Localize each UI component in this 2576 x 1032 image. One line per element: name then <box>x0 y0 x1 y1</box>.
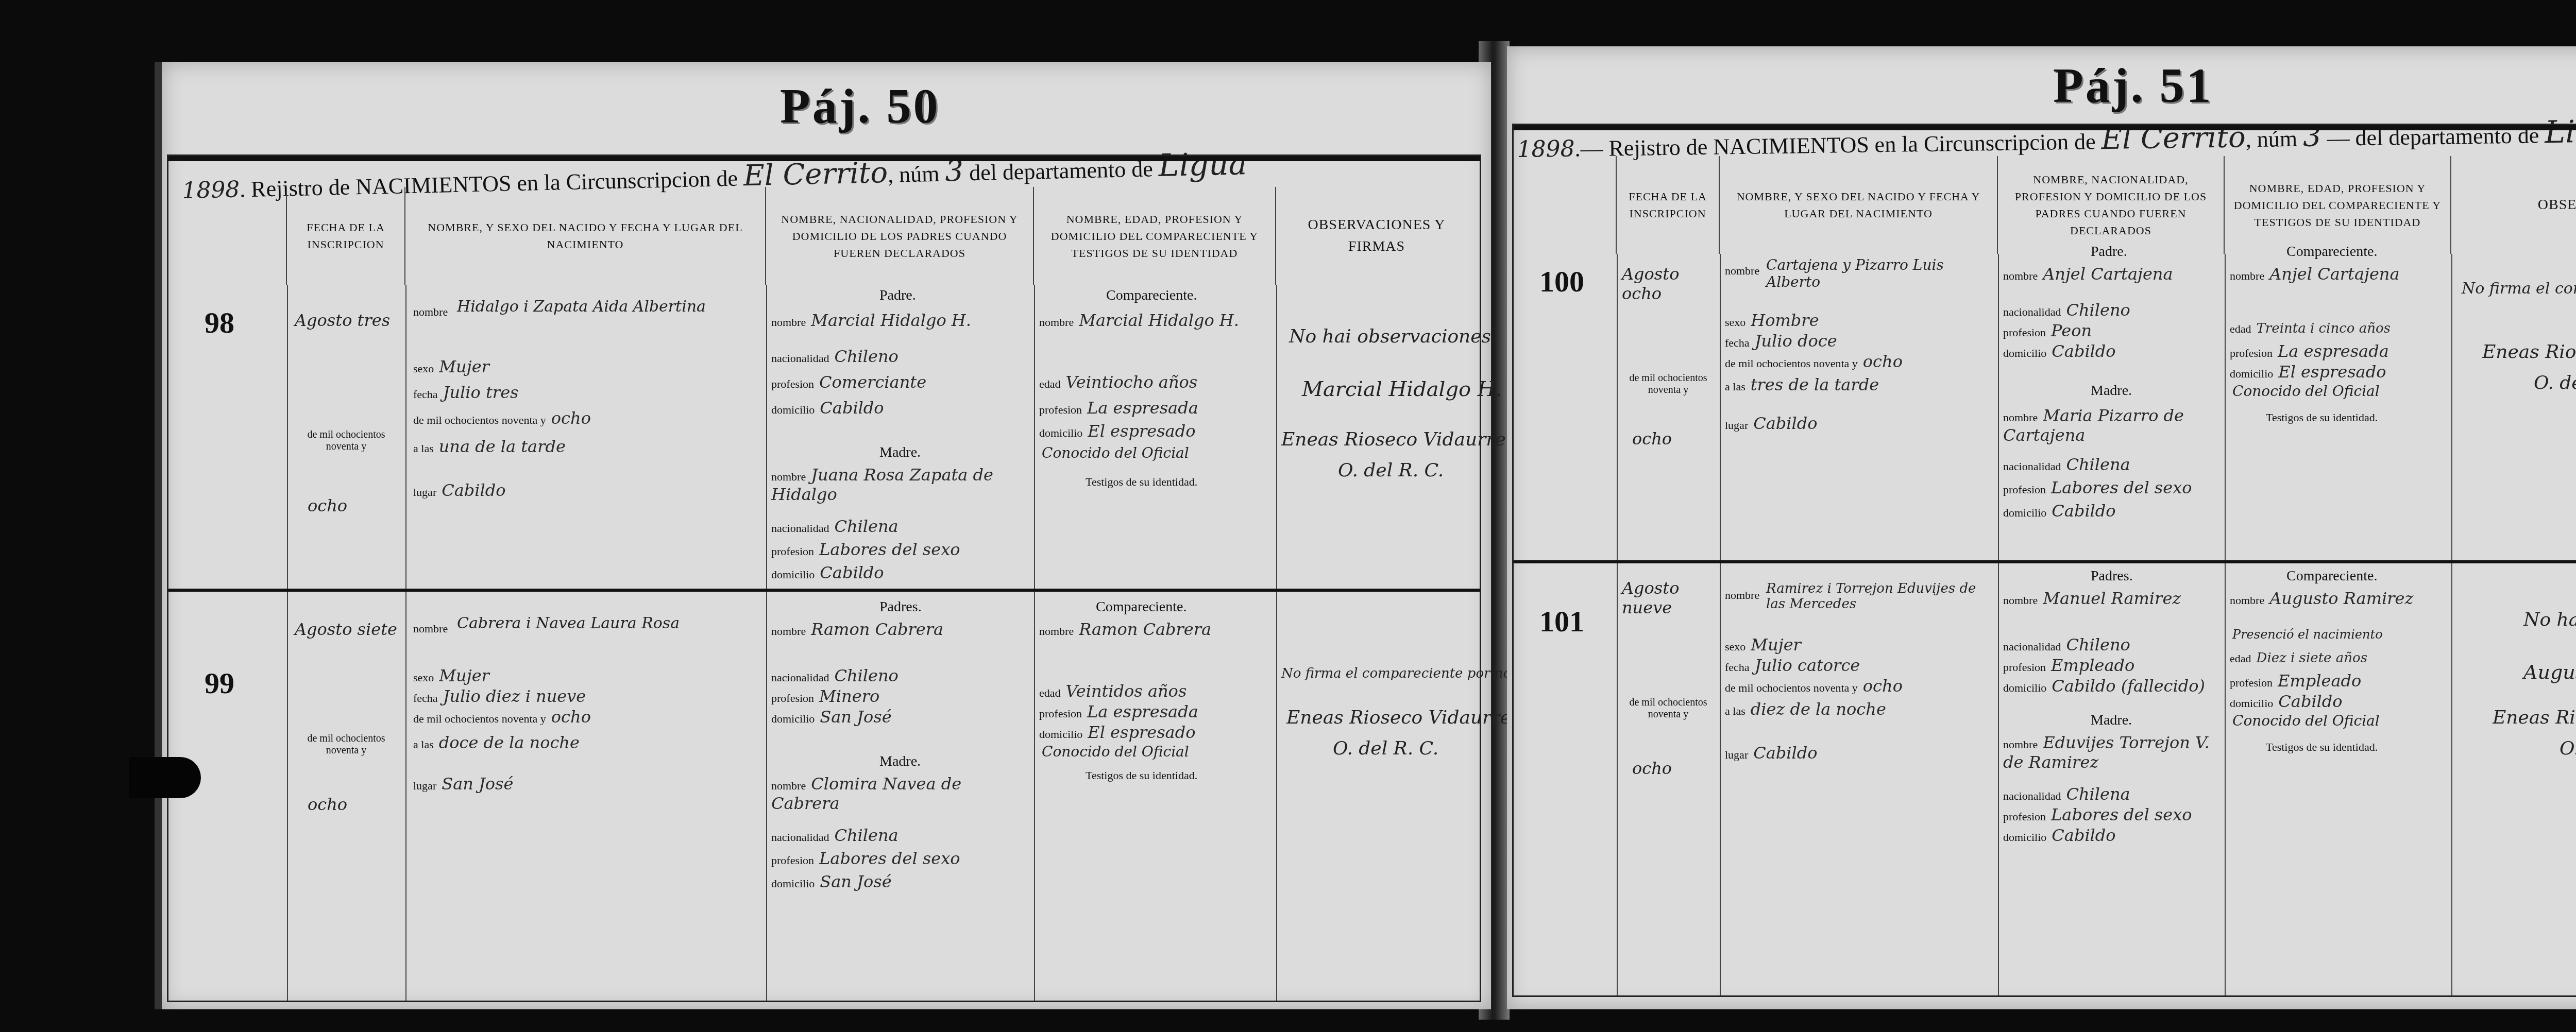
nacido-anio-field: de mil ochocientos noventa yocho <box>413 408 591 428</box>
oficial-title: O. del R. C. <box>2560 738 2576 759</box>
madre-nacionalidad-field: nacionalidadChilena <box>771 825 899 845</box>
compareciente-profesion-field: profesionLa espresada <box>2230 341 2389 361</box>
observaciones-line: No hai observaciones <box>1289 326 1491 347</box>
fecha-inscripcion-day: Agosto siete <box>295 620 398 639</box>
nacido-nombre-field: nombre <box>1725 589 1765 602</box>
col-header-nacido: NOMBRE, Y SEXO DEL NACIDO Y FECHA Y LUGA… <box>405 187 766 285</box>
col-header-observaciones: OBSERVACIONES Y FIRMAS <box>2451 156 2576 254</box>
nacido-sexo-field: sexoMujer <box>413 666 489 685</box>
compareciente-domicilio-field: domicilioCabildo <box>2230 692 2343 711</box>
nacido-sexo-field: sexoMujer <box>1725 635 1801 655</box>
compareciente-nombre-field: nombreRamon Cabrera <box>1039 620 1211 639</box>
madre-nombre-field: nombreMaria Pizarro de Cartajena <box>2003 406 2219 445</box>
padre-title: Padres. <box>879 599 922 615</box>
nacido-nombre: Hidalgo i Zapata Aida Albertina <box>457 298 756 316</box>
padre-domicilio-field: domicilioCabildo <box>2003 341 2116 361</box>
entry-number: 101 <box>1539 604 1584 639</box>
nacido-nombre: Ramirez i Torrejon Eduvijes de las Merce… <box>1766 581 1993 612</box>
madre-nacionalidad-field: nacionalidadChilena <box>2003 784 2130 804</box>
madre-profesion-field: profesionLabores del sexo <box>2003 805 2192 824</box>
frame-border <box>168 156 1480 161</box>
nacido-lugar-field: lugarCabildo <box>1725 743 1817 763</box>
madre-profesion-field: profesionLabores del sexo <box>2003 478 2192 497</box>
col-header-padres: NOMBRE, NACIONALIDAD, PROFESION Y DOMICI… <box>1998 156 2225 254</box>
col-header-padres: NOMBRE, NACIONALIDAD, PROFESION Y DOMICI… <box>766 187 1034 285</box>
madre-nacionalidad-field: nacionalidadChilena <box>771 517 899 536</box>
col-divider <box>766 285 767 1001</box>
col-header-number <box>168 187 287 285</box>
signature-oficial: Eneas Rioseco Vidaurre <box>2482 341 2576 363</box>
compareciente-nombre-field: nombreAugusto Ramirez <box>2230 589 2413 608</box>
compareciente-title: Compareciente. <box>1106 287 1197 304</box>
compareciente-title: Compareciente. <box>1096 599 1187 615</box>
madre-profesion-field: profesionLabores del sexo <box>771 540 960 559</box>
entry-number: 99 <box>205 666 234 700</box>
nacido-sexo: Mujer <box>439 357 489 376</box>
nacido-fecha-field: fechaJulio doce <box>1725 331 1837 351</box>
nacido-nombre-field: nombre <box>413 305 453 319</box>
nacido-fecha-field: fechaJulio catorce <box>1725 656 1860 675</box>
nacido-nombre-field: nombre <box>413 622 453 635</box>
padre-nombre-field: nombreManuel Ramirez <box>2003 589 2181 608</box>
oficial-title: O. del R. C. <box>1338 460 1444 481</box>
compareciente-profesion-field: profesionEmpleado <box>2230 671 2361 691</box>
fecha-inscripcion-day: Agosto nueve <box>1622 578 1715 617</box>
oficial-title: O. del R. C. <box>1333 738 1438 759</box>
compareciente-edad-field: edadVeintiocho años <box>1039 372 1197 392</box>
col-header-number <box>1514 156 1617 254</box>
compareciente-edad-field: edadVeintidos años <box>1039 681 1187 701</box>
compareciente-nombre-field: nombreMarcial Hidalgo H. <box>1039 311 1239 330</box>
padre-nombre-field: nombreAnjel Cartajena <box>2003 264 2173 284</box>
signature-compareciente: Augusto Ramirez <box>2523 661 2576 683</box>
entry-separator <box>168 589 1480 592</box>
madre-domicilio-field: domicilioCabildo <box>2003 501 2116 521</box>
col-divider <box>1617 254 1618 995</box>
testigos-label: Testigos de su identidad. <box>1086 475 1197 489</box>
padre-title: Padre. <box>2091 244 2127 260</box>
compareciente-title: Compareciente. <box>2286 568 2377 584</box>
testigos-label: Testigos de su identidad. <box>1086 769 1197 782</box>
observaciones-line: No firma el compareciente por no saber <box>2462 280 2576 298</box>
fecha-inscripcion-printed: de mil ochocientos noventa y <box>295 429 398 453</box>
nacido-fecha-field: fechaJulio tres <box>413 383 518 402</box>
compareciente-nota: Conocido del Oficial <box>1042 743 1189 760</box>
madre-title: Madre. <box>2091 383 2132 399</box>
compareciente-nota: Conocido del Oficial <box>2232 383 2380 400</box>
testigos-label: Testigos de su identidad. <box>2266 411 2378 424</box>
page-number: Páj. 50 <box>780 77 940 134</box>
col-header-fecha: FECHA DE LA INSCRIPCION <box>287 187 405 285</box>
signature-compareciente: Marcial Hidalgo H. <box>1302 377 1502 401</box>
madre-title: Madre. <box>879 753 921 770</box>
col-header-nacido: NOMBRE, Y SEXO DEL NACIDO Y FECHA Y LUGA… <box>1720 156 1998 254</box>
signature-oficial: Eneas Rioseco Vidaurre <box>2493 707 2576 728</box>
col-header-compareciente: NOMBRE, EDAD, PROFESION Y DOMICILIO DEL … <box>1034 187 1276 285</box>
padre-nacionalidad-field: nacionalidadChileno <box>2003 635 2130 655</box>
compareciente-edad-field: edadDiez i siete años <box>2230 650 2367 666</box>
fecha-inscripcion-printed: de mil ochocientos noventa y <box>1622 697 1715 720</box>
padre-nacionalidad-field: nacionalidadChileno <box>2003 300 2130 320</box>
col-divider <box>405 285 406 1001</box>
madre-title: Madre. <box>2091 712 2132 729</box>
fecha-inscripcion-day: Agosto ocho <box>1622 264 1715 303</box>
entry-number: 100 <box>1539 264 1584 299</box>
padre-domicilio-field: domicilioCabildo (fallecido) <box>2003 676 2205 696</box>
nacido-fecha-field: fechaJulio diez i nueve <box>413 686 586 706</box>
compareciente-profesion-field: profesionLa espresada <box>1039 702 1198 721</box>
madre-domicilio-field: domicilioSan José <box>771 872 892 891</box>
fecha-inscripcion-day: Agosto tres <box>295 311 398 330</box>
page-number: Páj. 51 <box>2053 57 2213 114</box>
col-header-fecha: FECHA DE LA INSCRIPCION <box>1617 156 1720 254</box>
nacido-hora-field: a lastres de la tarde <box>1725 375 1879 394</box>
madre-nombre-field: nombreEduvijes Torrejon V. de Ramirez <box>2003 733 2219 772</box>
nacido-anio-field: de mil ochocientos noventa yocho <box>413 707 591 727</box>
binding-clip <box>129 757 201 798</box>
signature-oficial: Eneas Rioseco Vidaurre <box>1286 707 1511 728</box>
page-left: Páj. 50 1898. Rejistro de NACIMIENTOS en… <box>155 62 1491 1009</box>
padre-profesion-field: profesionPeon <box>2003 321 2092 340</box>
nacido-hora-field: a lasdiez de la noche <box>1725 699 1886 719</box>
register-table: FECHA DE LA INSCRIPCION NOMBRE, Y SEXO D… <box>167 154 1481 1002</box>
nacido-sexo-field: sexoHombre <box>1725 311 1819 330</box>
compareciente-relacion: Presenció el nacimiento <box>2232 627 2383 642</box>
nacido-lugar-field: lugarSan José <box>413 774 513 794</box>
padre-domicilio-field: domicilioSan José <box>771 707 892 727</box>
madre-profesion-field: profesionLabores del sexo <box>771 849 960 868</box>
compareciente-nombre-field: nombreAnjel Cartajena <box>2230 264 2400 284</box>
observaciones-line: No hai observaciones. <box>2523 609 2576 630</box>
nacido-nombre-field: nombre <box>1725 264 1765 278</box>
nacido-hora-field: a lasuna de la tarde <box>413 437 566 456</box>
register-table: FECHA DE LA INSCRIPCION NOMBRE, Y SEXO D… <box>1512 124 2576 997</box>
padre-nacionalidad-field: nacionalidadChileno <box>771 666 899 685</box>
nacido-anio-field: de mil ochocientos noventa yocho <box>1725 676 1903 696</box>
fecha-inscripcion-year: ocho <box>1632 759 1672 778</box>
nacido-fecha: Julio tres <box>443 383 519 402</box>
compareciente-edad-field: edadTreinta i cinco años <box>2230 321 2391 336</box>
padre-nombre-field: nombreRamon Cabrera <box>771 620 943 639</box>
signature-oficial: Eneas Rioseco Vidaurre <box>1281 429 1506 450</box>
padre-title: Padres. <box>2091 568 2133 584</box>
fecha-inscripcion-year: ocho <box>308 795 347 814</box>
madre-domicilio-field: domicilioCabildo <box>771 563 884 582</box>
padre-profesion-field: profesionMinero <box>771 686 879 706</box>
col-divider <box>1998 254 1999 995</box>
padre-domicilio-field: domicilioCabildo <box>771 398 884 418</box>
fecha-inscripcion-printed: de mil ochocientos noventa y <box>1622 372 1715 396</box>
madre-domicilio-field: domicilioCabildo <box>2003 825 2116 845</box>
compareciente-nota: Conocido del Oficial <box>1042 444 1189 461</box>
nacido-nombre: Cartajena y Pizarro Luis Alberto <box>1766 256 1993 290</box>
nacido-lugar-field: lugarCabildo <box>413 480 505 500</box>
compareciente-title: Compareciente. <box>2286 244 2377 260</box>
nacido-sexo-field: sexoMujer <box>413 357 489 376</box>
compareciente-profesion-field: profesionLa espresada <box>1039 398 1198 418</box>
padre-nacionalidad-field: nacionalidadChileno <box>771 347 899 366</box>
padre-profesion-field: profesionComerciante <box>771 372 926 392</box>
padre-profesion-field: profesionEmpleado <box>2003 656 2134 675</box>
compareciente-domicilio-field: domicilioEl espresado <box>2230 362 2386 382</box>
col-divider <box>1276 285 1277 1001</box>
col-divider <box>2451 254 2452 995</box>
madre-nombre-field: nombreClomira Navea de Cabrera <box>771 774 1029 813</box>
compareciente-nota: Conocido del Oficial <box>2232 712 2380 729</box>
nacido-hora-field: a lasdoce de la noche <box>413 733 580 752</box>
col-divider <box>1034 285 1035 1001</box>
col-divider <box>2225 254 2226 995</box>
fecha-inscripcion-printed: de mil ochocientos noventa y <box>295 733 398 756</box>
fecha-inscripcion-year: ocho <box>308 496 347 515</box>
padre-title: Padre. <box>879 287 916 304</box>
padre-nombre-field: nombreMarcial Hidalgo H. <box>771 311 971 330</box>
testigos-label: Testigos de su identidad. <box>2266 741 2378 754</box>
madre-title: Madre. <box>879 444 921 461</box>
compareciente-domicilio-field: domicilioEl espresado <box>1039 421 1195 441</box>
page-right: Páj. 51 1898.— Rejistro de NACIMIENTOS e… <box>1507 46 2576 1009</box>
madre-nacionalidad-field: nacionalidadChilena <box>2003 455 2130 474</box>
nacido-anio-field: de mil ochocientos noventa yocho <box>1725 352 1903 371</box>
compareciente-domicilio-field: domicilioEl espresado <box>1039 723 1195 742</box>
nacido-nombre: Cabrera i Navea Laura Rosa <box>457 614 756 632</box>
col-divider <box>287 285 288 1001</box>
col-header-compareciente: NOMBRE, EDAD, PROFESION Y DOMICILIO DEL … <box>2225 156 2451 254</box>
fecha-inscripcion-year: ocho <box>1632 429 1672 449</box>
frame-border <box>1514 125 2576 130</box>
col-header-observaciones: OBSERVACIONES Y FIRMAS <box>1276 187 1477 285</box>
col-divider <box>1720 254 1721 995</box>
entry-separator <box>1514 560 2576 563</box>
oficial-title: O. del R. C. <box>2534 372 2576 393</box>
madre-nombre-field: nombreJuana Rosa Zapata de Hidalgo <box>771 465 1029 504</box>
entry-number: 98 <box>205 305 234 340</box>
nacido-lugar-field: lugarCabildo <box>1725 414 1817 433</box>
